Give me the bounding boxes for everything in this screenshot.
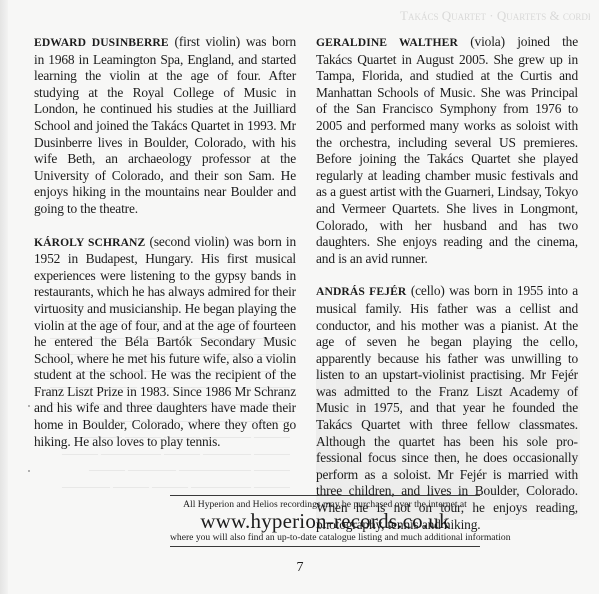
footer-info-text: where you will also find an up-to-date c… xyxy=(170,532,480,543)
scan-speck xyxy=(28,405,30,407)
left-column: EDWARD DUSINBERRE (first violin) was bor… xyxy=(34,34,296,466)
bio-edward-dusinberre: EDWARD DUSINBERRE (first violin) was bor… xyxy=(34,34,296,218)
bio-text: (first violin) was born in 1968 in Leami… xyxy=(34,34,296,216)
bio-geraldine-walther: GERALDINE WALTHER (viola) joined the Tak… xyxy=(316,34,578,267)
bleed-through-text: Takács Quartet · Quartets & cordes xyxy=(400,8,590,25)
scan-speck xyxy=(28,470,30,472)
bio-name: EDWARD DUSINBERRE xyxy=(34,36,169,49)
page-number: 7 xyxy=(290,560,310,576)
right-column: GERALDINE WALTHER (viola) joined the Tak… xyxy=(316,34,578,549)
bio-text: (viola) joined the Takács Quartet in Aug… xyxy=(316,34,578,266)
bio-name: KÁROLY SCHRANZ xyxy=(34,236,145,249)
website-url-link[interactable]: www.hyperion-records.co.uk xyxy=(170,510,480,532)
bio-karoly-schranz: KÁROLY SCHRANZ (second violin) was born … xyxy=(34,234,296,451)
page-edge-shadow xyxy=(0,0,8,594)
bio-name: ANDRÁS FEJÉR xyxy=(316,285,406,298)
bio-name: GERALDINE WALTHER xyxy=(316,36,458,49)
bio-text: (second violin) was born in 1952 in Buda… xyxy=(34,234,296,449)
footer-advert: All Hyperion and Helios recordings may b… xyxy=(170,495,480,547)
